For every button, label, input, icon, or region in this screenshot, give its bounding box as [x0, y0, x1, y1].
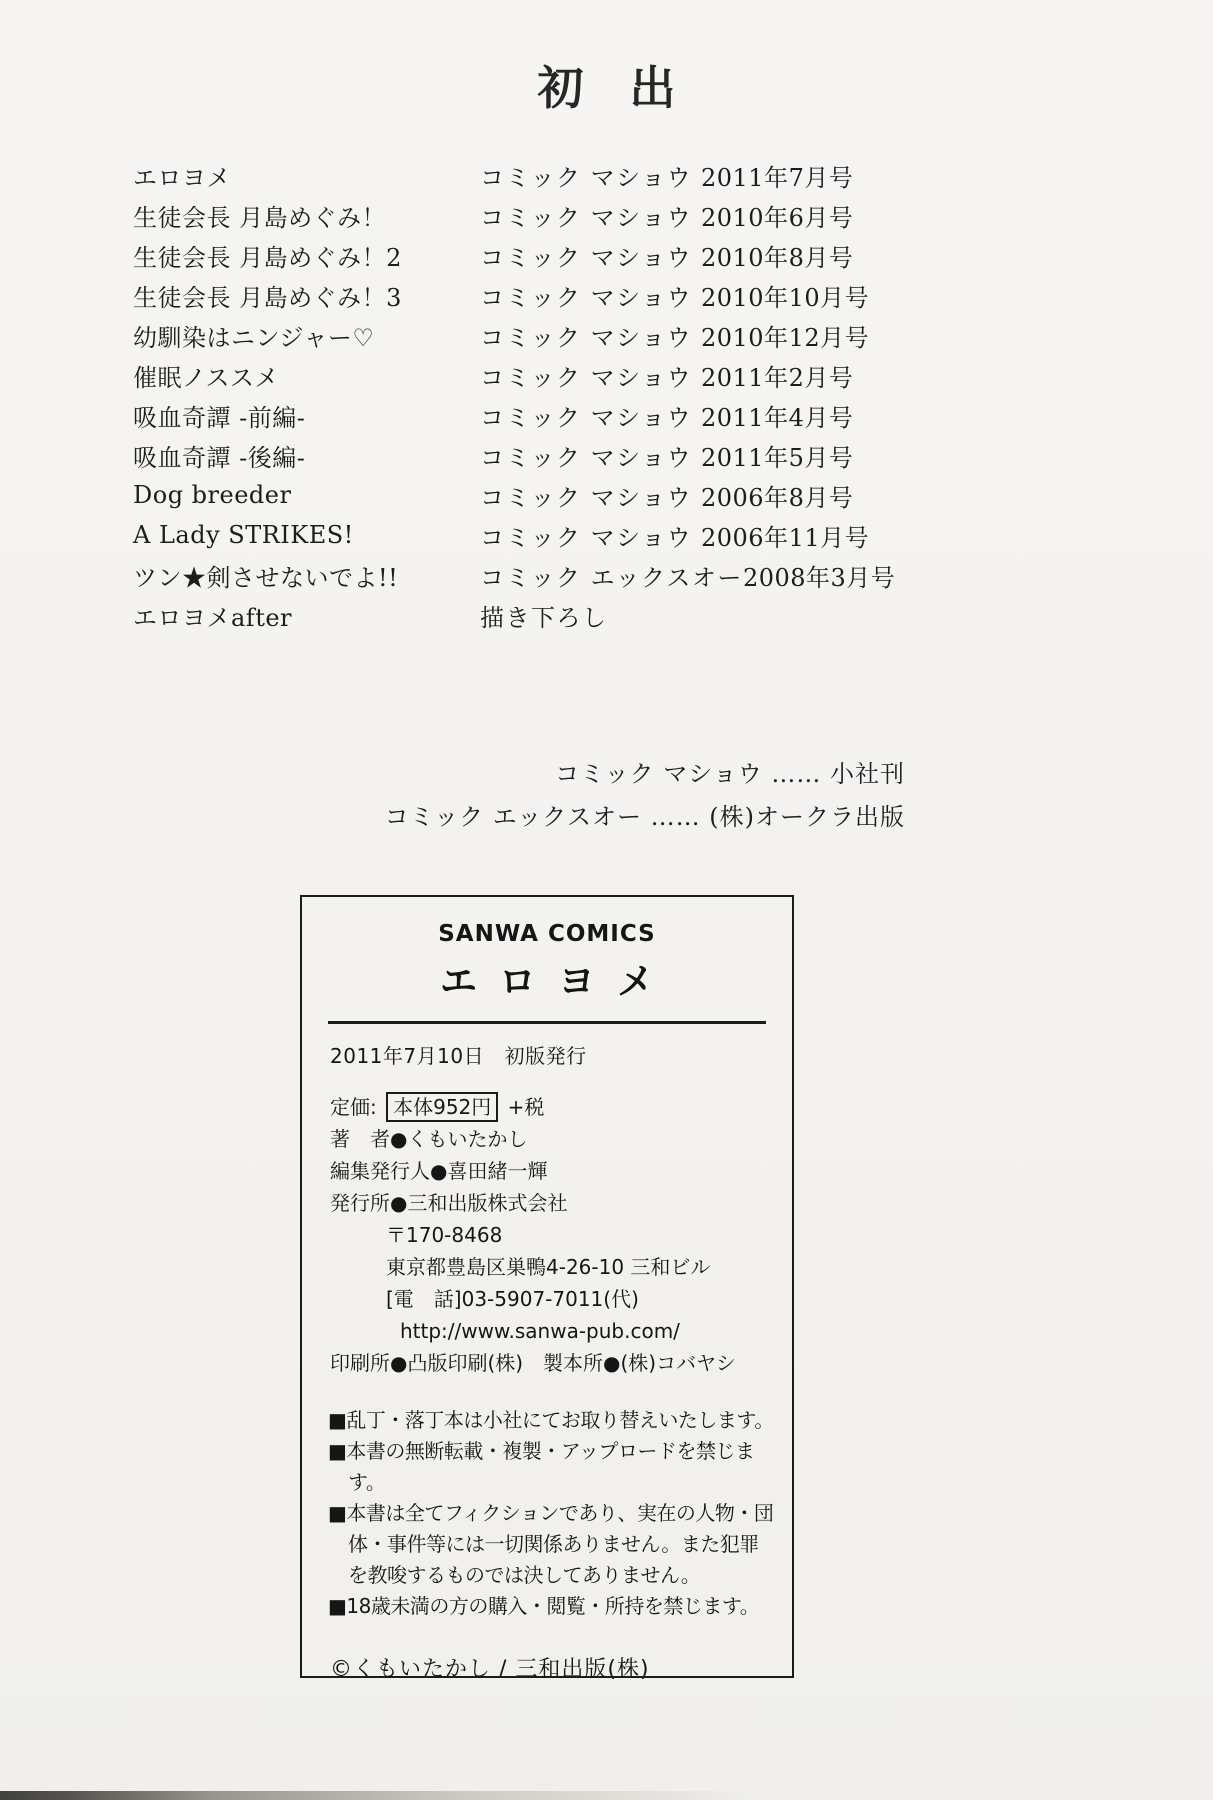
credit-row: 生徒会長 月島めぐみ！2 コミック マショウ 2010年8月号 [133, 235, 1153, 275]
magazine-name: コミック マショウ [480, 398, 701, 433]
price-line: 定価: 本体952円 +税 [330, 1091, 792, 1123]
magazine-name: コミック マショウ [480, 438, 701, 473]
copyright-line: ©くもいたかし / 三和出版(株) [330, 1652, 792, 1683]
legal-notices: ■乱丁・落丁本は小社にてお取り替えいたします。 ■本書の無断転載・複製・アップロ… [328, 1405, 774, 1622]
credit-row: 吸血奇譚 -後編- コミック マショウ 2011年5月号 [133, 435, 1153, 475]
magazine-name: コミック マショウ [480, 478, 701, 513]
magazine-name: コミック エックスオー [480, 558, 743, 593]
credit-row: 幼馴染はニンジャー♡ コミック マショウ 2010年12月号 [133, 315, 1153, 355]
credit-row: 生徒会長 月島めぐみ！ コミック マショウ 2010年6月号 [133, 195, 1153, 235]
credit-row: エロヨメ コミック マショウ 2011年7月号 [133, 155, 1153, 195]
work-title: エロヨメafter [133, 598, 480, 633]
publisher-line: 発行所●三和出版株式会社 [330, 1187, 792, 1219]
colophon-box: SANWA COMICS エロヨメ 2011年7月10日 初版発行 定価: 本体… [300, 895, 794, 1678]
issue-date: 2011年4月号 [701, 398, 853, 433]
notice-item: ■本書は全てフィクションであり、実在の人物・団体・事件等には一切関係ありません。… [328, 1498, 774, 1591]
issue-date: 2006年8月号 [701, 478, 853, 513]
issue-date: 2010年12月号 [701, 318, 869, 353]
issue-date: 2010年6月号 [701, 198, 853, 233]
publisher-notes: コミック マショウ …… 小社刊 コミック エックスオー …… (株)オークラ出… [385, 753, 905, 839]
price-label: 定価: [330, 1095, 377, 1119]
issue-date: 2008年3月号 [743, 558, 895, 593]
work-title: エロヨメ [133, 158, 480, 193]
imprint-brand: SANWA COMICS [302, 921, 792, 947]
notice-item: ■乱丁・落丁本は小社にてお取り替えいたします。 [328, 1405, 774, 1436]
editor-line: 編集発行人●喜田緒一輝 [330, 1155, 792, 1187]
scan-edge-artifact [0, 1791, 1213, 1800]
address-line: 東京都豊島区巣鴨4-26-10 三和ビル [386, 1251, 792, 1283]
price-boxed-value: 本体952円 [386, 1092, 498, 1122]
magazine-name: コミック マショウ [480, 278, 701, 313]
issue-date: 2010年10月号 [701, 278, 869, 313]
work-title: 吸血奇譚 -後編- [133, 438, 480, 473]
credit-row: 生徒会長 月島めぐみ！3 コミック マショウ 2010年10月号 [133, 275, 1153, 315]
work-title: 幼馴染はニンジャー♡ [133, 318, 480, 353]
price-suffix: +税 [508, 1095, 545, 1119]
credit-row: 吸血奇譚 -前編- コミック マショウ 2011年4月号 [133, 395, 1153, 435]
publisher-note-xo: コミック エックスオー …… (株)オークラ出版 [385, 796, 905, 839]
magazine-name: コミック マショウ [480, 358, 701, 393]
notice-item: ■本書の無断転載・複製・アップロードを禁じます。 [328, 1436, 774, 1498]
issue-date: 2010年8月号 [701, 238, 853, 273]
magazine-name: コミック マショウ [480, 318, 701, 353]
issue-date: 2011年5月号 [701, 438, 853, 473]
divider-rule [328, 1021, 766, 1024]
credit-row: A Lady STRIKES! コミック マショウ 2006年11月号 [133, 515, 1153, 555]
work-title: 生徒会長 月島めぐみ！3 [133, 278, 480, 313]
magazine-name: コミック マショウ [480, 238, 701, 273]
issue-date: 2011年7月号 [701, 158, 853, 193]
publication-info: 定価: 本体952円 +税 著 者●くもいたかし 編集発行人●喜田緒一輝 発行所… [330, 1091, 792, 1379]
book-title: エロヨメ [302, 951, 792, 1005]
website-url: http://www.sanwa-pub.com/ [400, 1315, 792, 1347]
phone-line: [電 話]03-5907-7011(代) [386, 1283, 792, 1315]
work-title: A Lady STRIKES! [133, 521, 480, 549]
magazine-name: コミック マショウ [480, 518, 701, 553]
issue-date: 2006年11月号 [701, 518, 869, 553]
author-line: 著 者●くもいたかし [330, 1123, 792, 1155]
issue-date: 2011年2月号 [701, 358, 853, 393]
credit-row: Dog breeder コミック マショウ 2006年8月号 [133, 475, 1153, 515]
work-title: ツン★剣させないでよ!! [133, 558, 480, 593]
publisher-note-masho: コミック マショウ …… 小社刊 [385, 753, 905, 796]
postal-code: 〒170-8468 [386, 1219, 792, 1251]
work-title: 吸血奇譚 -前編- [133, 398, 480, 433]
credit-row: エロヨメafter 描き下ろし [133, 595, 1153, 635]
magazine-name: コミック マショウ [480, 198, 701, 233]
publication-date: 2011年7月10日 初版発行 [330, 1040, 792, 1069]
magazine-name: コミック マショウ [480, 158, 701, 193]
work-title: 生徒会長 月島めぐみ！2 [133, 238, 480, 273]
page-title: 初 出 [0, 52, 1213, 118]
work-title: 催眠ノススメ [133, 358, 480, 393]
work-title: 生徒会長 月島めぐみ！ [133, 198, 480, 233]
magazine-name: 描き下ろし [480, 598, 701, 633]
notice-item: ■18歳未満の方の購入・閲覧・所持を禁じます。 [328, 1591, 774, 1622]
scanned-colophon-page: 初 出 エロヨメ コミック マショウ 2011年7月号 生徒会長 月島めぐみ！ … [0, 0, 1213, 1800]
credit-row: 催眠ノススメ コミック マショウ 2011年2月号 [133, 355, 1153, 395]
first-publication-list: エロヨメ コミック マショウ 2011年7月号 生徒会長 月島めぐみ！ コミック… [133, 155, 1153, 635]
work-title: Dog breeder [133, 481, 480, 509]
printer-line: 印刷所●凸版印刷(株) 製本所●(株)コバヤシ [330, 1347, 792, 1379]
credit-row: ツン★剣させないでよ!! コミック エックスオー 2008年3月号 [133, 555, 1153, 595]
